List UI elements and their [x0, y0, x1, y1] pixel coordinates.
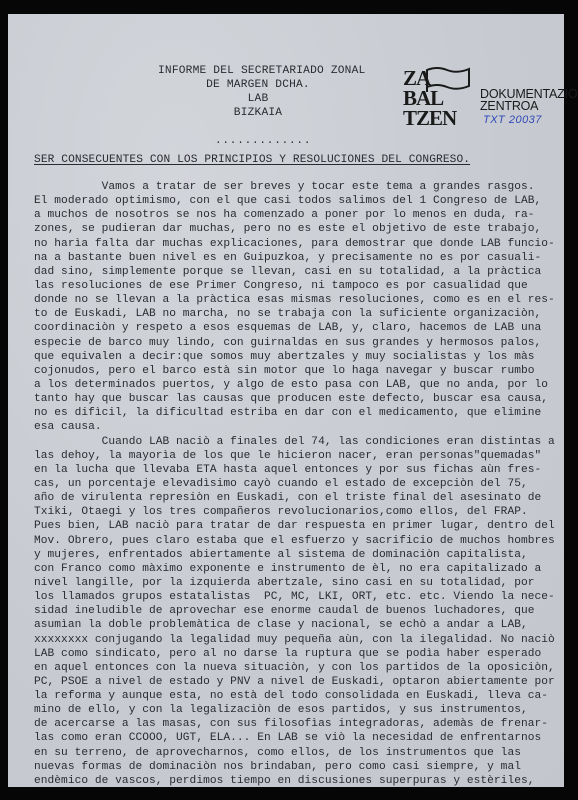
text-line: de acercarse a las masas, con sus filoso…	[34, 717, 564, 731]
text-line: LAB como sindicato, pero al no darse la …	[34, 647, 564, 661]
header-line: BIZKAIA	[158, 106, 358, 120]
text-line: esa causa.	[34, 420, 564, 434]
handwritten-reference: TXT 20037	[483, 114, 542, 126]
zabalzen-logo: ZA BAL TZEN	[403, 66, 475, 132]
text-line: El moderado optimismo, con el que casi t…	[34, 194, 564, 208]
text-line: especie de barco muy lindo, con guirnald…	[34, 336, 564, 350]
text-line: Cuando LAB naciò a finales del 74, las c…	[34, 435, 564, 449]
text-line: coordinaciòn y respeto a esos esquemas d…	[34, 321, 564, 335]
text-line: na a bastante buen nivel es en Guipuzkoa…	[34, 251, 564, 265]
text-line: Vamos a tratar de ser breves y tocar est…	[34, 180, 564, 194]
text-line: no harìa falta dar muchas explicaciones,…	[34, 237, 564, 251]
text-line: año de virulenta represiòn en Euskadi, c…	[34, 491, 564, 505]
text-line: Txiki, Otaegi y los tres compañeros revo…	[34, 505, 564, 519]
header-line: DE MARGEN DCHA.	[158, 78, 358, 92]
text-line: sidad ineludible de aprovechar ese enorm…	[34, 604, 564, 618]
document-header: INFORME DEL SECRETARIADO ZONAL DE MARGEN…	[158, 64, 358, 120]
text-line: asumìan la doble problemàtica de clase y…	[34, 618, 564, 632]
text-line: con Franco como màximo exponente e instr…	[34, 562, 564, 576]
text-line: los llamados grupos estatalistas PC, MC,…	[34, 590, 564, 604]
text-line: to de Euskadi, LAB no marcha, no se trab…	[34, 307, 564, 321]
stamp-org-line: ZENTROA	[480, 100, 577, 112]
text-line: a los determinados puertos, y algo de es…	[34, 378, 564, 392]
text-line: donde no se llevan a la pràctica esas mi…	[34, 293, 564, 307]
text-line: en aquel entonces con la nueva situaciòn…	[34, 661, 564, 675]
separator: .............	[215, 135, 311, 147]
text-line: las resoluciones de ese Primer Congreso,…	[34, 279, 564, 293]
stamp-org-name: DOKUMENTAZIO ZENTROA	[480, 88, 577, 112]
archive-stamp: ZA BAL TZEN DOKUMENTAZIO ZENTROA TXT 200…	[403, 66, 573, 136]
text-line: PC, PSOE a nivel de estado y PNV a nivel…	[34, 675, 564, 689]
text-line: cas, un porcentaje elevadìsimo cayò cuan…	[34, 477, 564, 491]
document-page: INFORME DEL SECRETARIADO ZONAL DE MARGEN…	[8, 14, 564, 787]
text-line: a muchos de nosotros se nos ha comenzado…	[34, 208, 564, 222]
text-line: nivel langille, por la izquierda abertza…	[34, 576, 564, 590]
text-line: tanto hay que buscar las causas que prod…	[34, 392, 564, 406]
text-line: las como eran CCOOO, UGT, ELA... En LAB …	[34, 731, 564, 745]
text-line: en la lucha que llevaba ETA hasta aquel …	[34, 463, 564, 477]
text-line: y mujeres, enfrentados abiertamente al s…	[34, 548, 564, 562]
text-line: Mov. Obrero, pues claro estaba que el es…	[34, 534, 564, 548]
text-line: mino de ello, y con la legalizaciòn de e…	[34, 703, 564, 717]
text-line: en su terreno, de aprovecharnos, como el…	[34, 746, 564, 760]
header-line: INFORME DEL SECRETARIADO ZONAL	[158, 64, 358, 78]
text-line: nuevas formas de dominaciòn nos brindaba…	[34, 760, 564, 774]
text-line: Pues bien, LAB naciò para tratar de dar …	[34, 519, 564, 533]
text-line: xxxxxxxx conjugando la legalidad muy peq…	[34, 633, 564, 647]
text-line: que equivalen a decir:que somos muy aber…	[34, 350, 564, 364]
flag-icon	[425, 66, 471, 94]
header-line: LAB	[158, 92, 358, 106]
logo-letters: TZEN	[403, 108, 475, 128]
text-line: endèmico de vascos, perdimos tiempo en d…	[34, 774, 564, 788]
text-line: no es difìcil, la dificultad estriba en …	[34, 406, 564, 420]
text-line: cojonudos, pero el barco està sin motor …	[34, 364, 564, 378]
text-line: zones, se pudieran dar muchas, pero no e…	[34, 222, 564, 236]
text-line: dad sino, simplemente porque se llevan, …	[34, 265, 564, 279]
body-text: Vamos a tratar de ser breves y tocar est…	[34, 180, 564, 788]
section-title: SER CONSECUENTES CON LOS PRINCIPIOS Y RE…	[34, 154, 470, 166]
text-line: las dehoy, la mayorìa de los que le hici…	[34, 449, 564, 463]
text-line: la reforma y aunque esta, no està del to…	[34, 689, 564, 703]
